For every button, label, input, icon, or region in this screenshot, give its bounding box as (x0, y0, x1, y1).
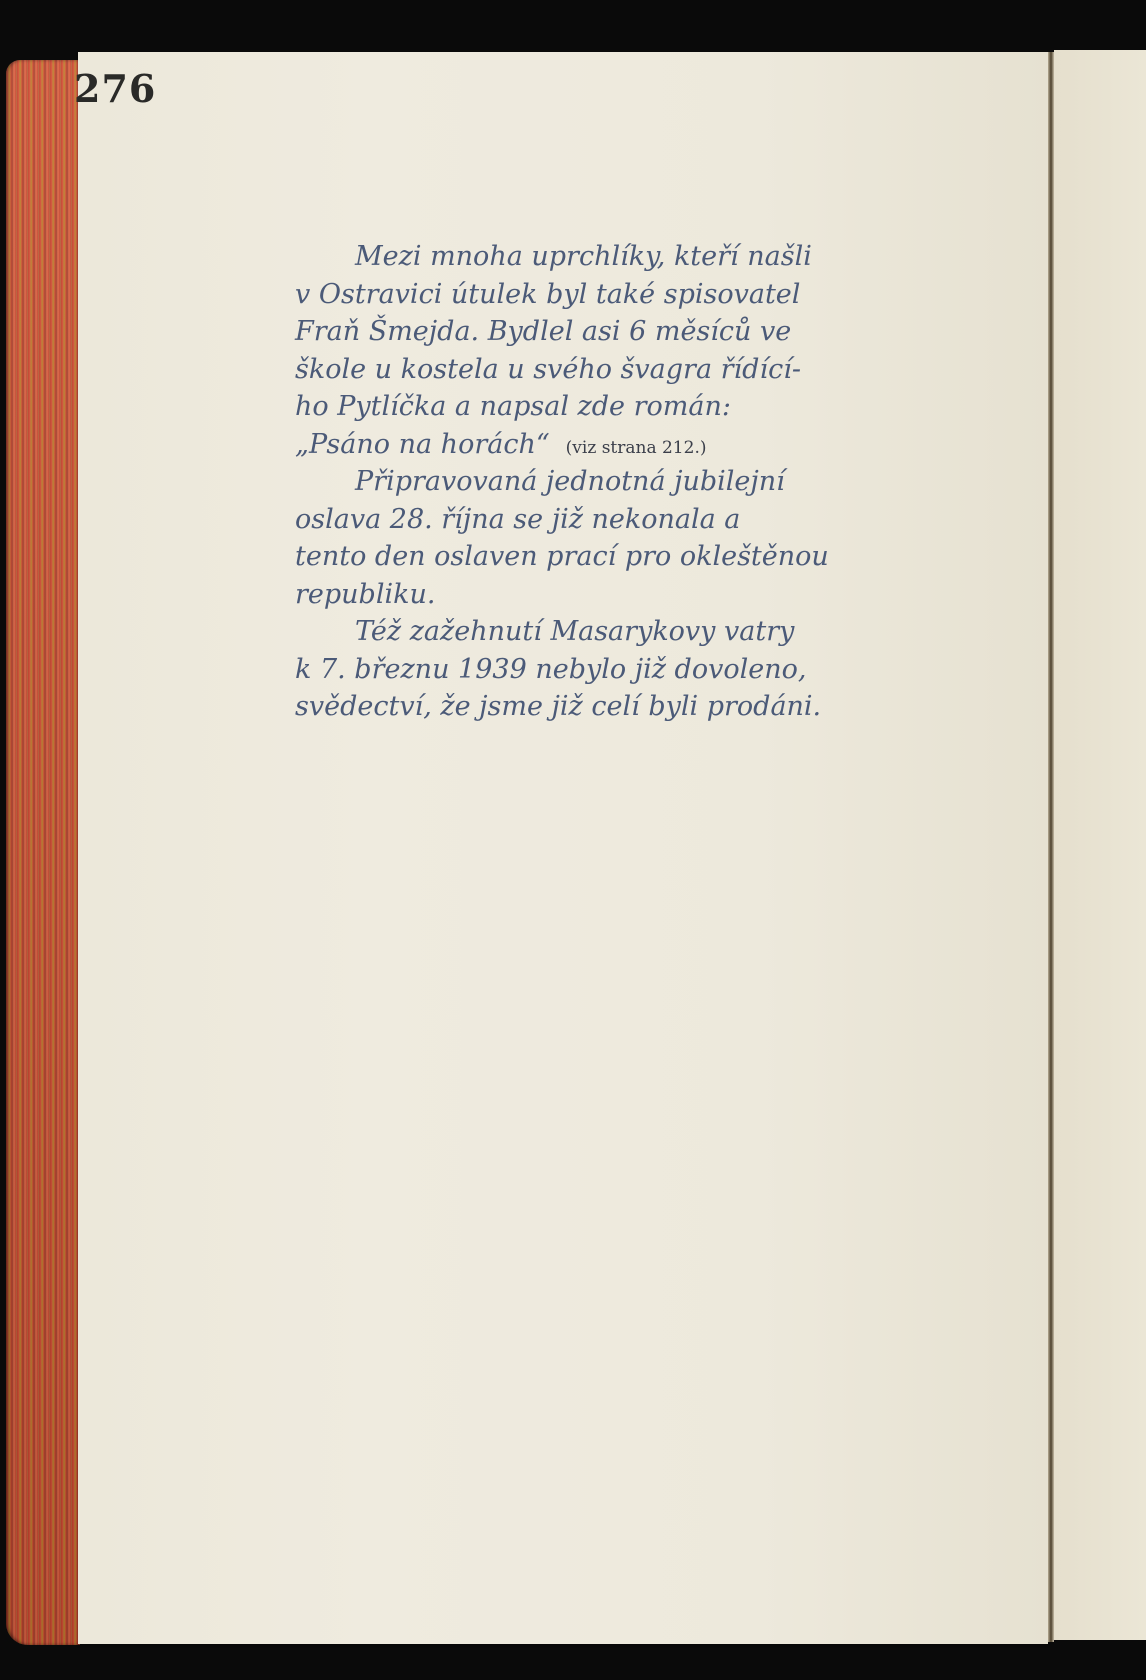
text-line: Mezi mnoha uprchlíky, kteří našli (295, 238, 935, 276)
text-line: svědectví, že jsme již celí byli prodáni… (295, 688, 935, 726)
text-line-with-note: „Psáno na horách“(viz strana 212.) (295, 426, 935, 464)
page-reference-note: (viz strana 212.) (566, 438, 707, 458)
text-line: Připravovaná jednotná jubilejní (295, 463, 935, 501)
text-line: tento den oslaven prací pro okleštěnou (295, 538, 935, 576)
text-line: Též zažehnutí Masarykovy vatry (295, 613, 935, 651)
text-line: Fraň Šmejda. Bydlel asi 6 měsíců ve (295, 313, 935, 351)
book-scan: 276 Mezi mnoha uprchlíky, kteří našli v … (0, 0, 1146, 1680)
text-line: škole u kostela u svého švagra řídící- (295, 351, 935, 389)
page-edges (6, 60, 80, 1645)
text-line: k 7. březnu 1939 nebylo již dovoleno, (295, 651, 935, 689)
facing-page-edge (1054, 50, 1146, 1640)
text-line: v Ostravici útulek byl také spisovatel (295, 276, 935, 314)
handwritten-text: Mezi mnoha uprchlíky, kteří našli v Ostr… (295, 238, 935, 726)
book-title: „Psáno na horách“ (295, 429, 550, 460)
page-number: 276 (74, 66, 156, 111)
text-line: ho Pytlíčka a napsal zde román: (295, 388, 935, 426)
text-line: oslava 28. října se již nekonala a (295, 501, 935, 539)
text-line: republiku. (295, 576, 935, 614)
